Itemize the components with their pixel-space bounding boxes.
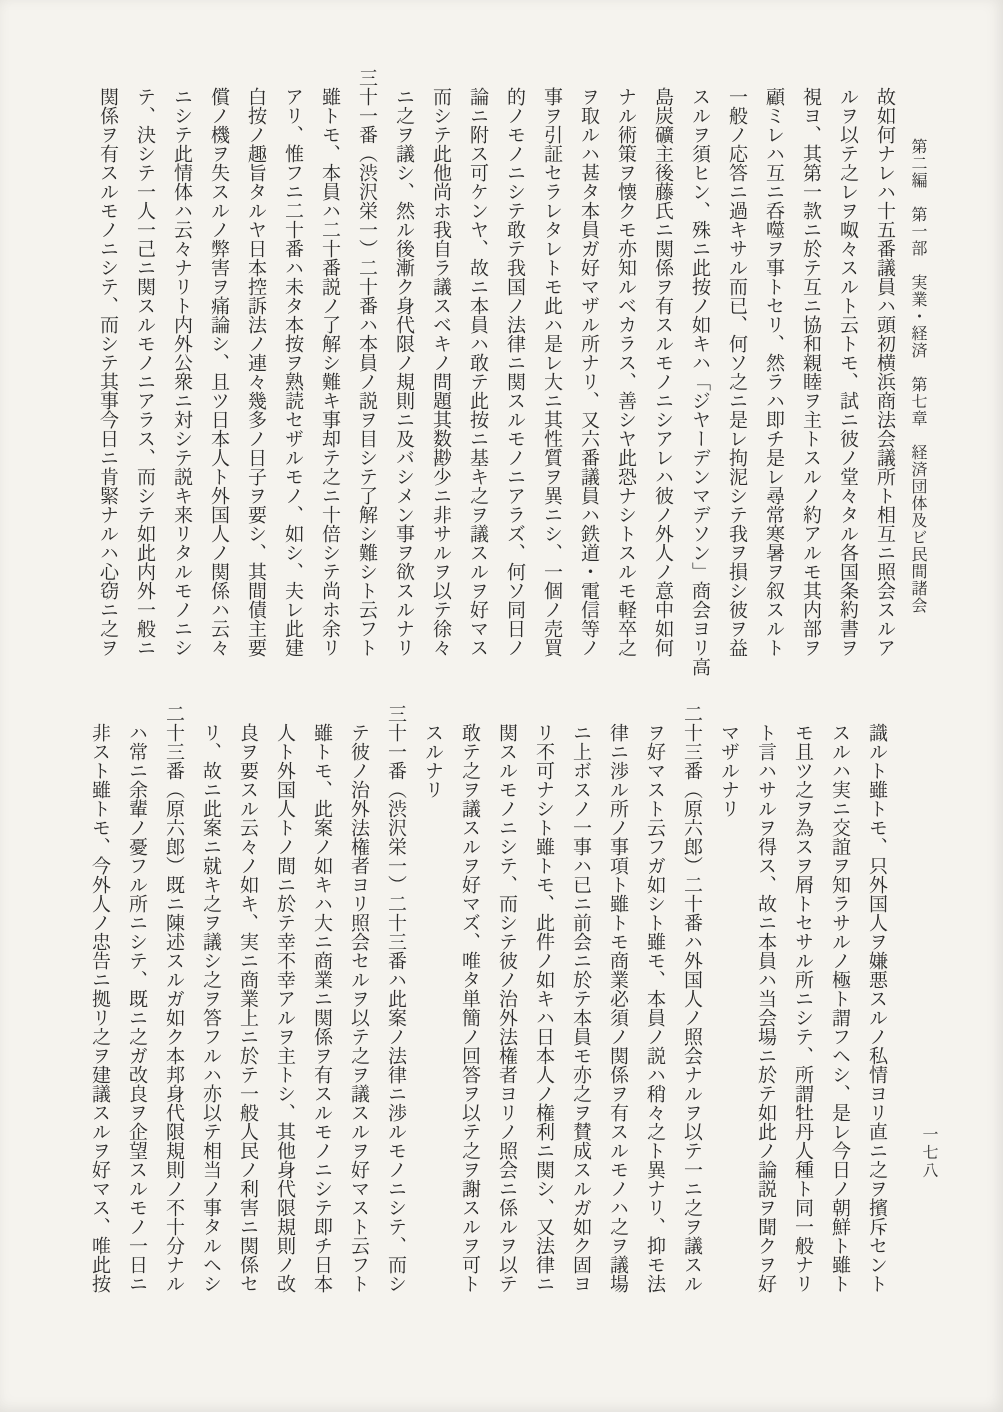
top-text-block: 故如何ナレハ十五番議員ハ頭初横浜商法会議所ト相互ニ照会スルア ルヲ以テ之レヲ呶々… bbox=[89, 68, 903, 692]
text-line: モ且ツ之ヲ為スヲ屑トセサル所ニシテ、所謂牡丹人種ト同一般ナリ bbox=[784, 704, 821, 1328]
text-line: テ彼ノ治外法権者ヨリ照会セルヲ以テ之ヲ議スルヲ好マスト云フト bbox=[340, 704, 377, 1328]
book-page: 第二編 第一部 実業・経済 第七章 経済団体及ビ民間諸会 一七八 故如何ナレハ十… bbox=[0, 0, 1003, 1412]
text-line: 償ノ機ヲ失スルノ弊害ヲ痛論シ、且ツ日本人ト外国人ノ関係ハ云々 bbox=[200, 68, 237, 692]
text-line: ヲ取ルハ甚タ本員ガ好マザル所ナリ、又六番議員ハ鉄道・電信等ノ bbox=[570, 68, 607, 692]
text-line: 島炭礦主後藤氏ニ関係ヲ有スルモノニシアレハ彼ノ外人ノ意中如何 bbox=[644, 68, 681, 692]
text-line: 一般ノ応答ニ過キサル而已、何ソ之ニ是レ拘泥シテ我ヲ損シ彼ヲ益 bbox=[718, 68, 755, 692]
text-line: 論ニ附ス可ケンヤ、故ニ本員ハ敢テ此按ニ基キ之ヲ議スルヲ好マス bbox=[459, 68, 496, 692]
speaker-line: 二十三番（原六郎）二十番ハ外国人ノ照会ナルヲ以テ一ニ之ヲ議スル bbox=[673, 704, 710, 1328]
text-line: 雖トモ、本員ハ二十番説ノ了解シ難キ事却テ之ニ十倍シテ尚ホ余リ bbox=[311, 68, 348, 692]
text-line: 敢テ之ヲ議スルヲ好マズ、唯タ単簡ノ回答ヲ以テ之ヲ謝スルヲ可ト bbox=[451, 704, 488, 1328]
text-line: ト言ハサルヲ得ス、故ニ本員ハ当会場ニ於テ如此ノ論説ヲ聞クヲ好 bbox=[747, 704, 784, 1328]
text-line: ニ上ボスノ一事ハ已ニ前会ニ於テ本員モ亦之ヲ賛成スルガ如ク固ヨ bbox=[562, 704, 599, 1328]
text-line: 而シテ此他尚ホ我自ラ議スベキノ問題其数尠少ニ非サルヲ以テ徐々 bbox=[422, 68, 459, 692]
text-line: 関スルモノニシテ、而シテ彼ノ治外法権者ヨリノ照会ニ係ルヲ以テ bbox=[488, 704, 525, 1328]
text-line: 故如何ナレハ十五番議員ハ頭初横浜商法会議所ト相互ニ照会スルア bbox=[866, 68, 903, 692]
text-line: 的ノモノニシテ敢テ我国ノ法律ニ関スルモノニアラズ、何ソ同日ノ bbox=[496, 68, 533, 692]
text-line: 視ヨ、其第一款ニ於テ互ニ協和親睦ヲ主トスルノ約アルモ其内部ヲ bbox=[792, 68, 829, 692]
text-line: スルハ実ニ交誼ヲ知ラサルノ極ト謂フヘシ、是レ今日ノ朝鮮ト雖ト bbox=[821, 704, 858, 1328]
speaker-line: 三十一番（渋沢栄一）二十三番ハ此案ノ法律ニ渉ルモノニシテ、而シ bbox=[377, 704, 414, 1328]
text-line: 非スト雖トモ、今外人ノ忠告ニ拠リ之ヲ建議スルヲ好マス、唯此按 bbox=[81, 704, 118, 1328]
text-line: スルナリ bbox=[414, 704, 451, 1328]
bottom-text-block: 識ルト雖トモ、只外国人ヲ嫌悪スルノ私情ヨリ直ニ之ヲ擯斥セント スルハ実ニ交誼ヲ知… bbox=[81, 704, 895, 1328]
text-line: リ不可ナシト雖トモ、此件ノ如キハ日本人ノ権利ニ関シ、又法律ニ bbox=[525, 704, 562, 1328]
text-line: テ、決シテ一人一己ニ関スルモノニアラス、而シテ如此内外一般ニ bbox=[126, 68, 163, 692]
text-line: ニシテ此情体ハ云々ナリト内外公衆ニ対シテ説キ来リタルモノニシ bbox=[163, 68, 200, 692]
text-line: ナル術策ヲ懐クモ亦知ルベカラス、善シヤ此恐ナシトスルモ軽卒之 bbox=[607, 68, 644, 692]
text-line: ルヲ以テ之レヲ呶々スルト云トモ、試ニ彼ノ堂々タル各国条約書ヲ bbox=[829, 68, 866, 692]
text-line: 事ヲ引証セラレタレトモ此ハ是レ大ニ其性質ヲ異ニシ、一個ノ売買 bbox=[533, 68, 570, 692]
speaker-line: 三十一番（渋沢栄一）二十番ハ本員ノ説ヲ目シテ了解シ難シト云フト bbox=[348, 68, 385, 692]
text-line: アリ、惟フニ二十番ハ未タ本按ヲ熟読セザルモノ、如シ、夫レ此建 bbox=[274, 68, 311, 692]
text-line: ヲ好マスト云フガ如シト雖モ、本員ノ説ハ稍々之ト異ナリ、抑モ法 bbox=[636, 704, 673, 1328]
text-line: ニ之ヲ議シ、然ル後漸ク身代限ノ規則ニ及バシメン事ヲ欲スルナリ bbox=[385, 68, 422, 692]
text-line: 顧ミレハ互ニ呑噬ヲ事トセリ、然ラハ即チ是レ尋常寒暑ヲ叙スルト bbox=[755, 68, 792, 692]
speaker-line: 二十三番（原六郎）既ニ陳述スルガ如ク本邦身代限規則ノ不十分ナル bbox=[155, 704, 192, 1328]
text-line: 識ルト雖トモ、只外国人ヲ嫌悪スルノ私情ヨリ直ニ之ヲ擯斥セント bbox=[858, 704, 895, 1328]
text-line: リ、故ニ此案ニ就キ之ヲ議シ之ヲ答フルハ亦以テ相当ノ事タルヘシ bbox=[192, 704, 229, 1328]
text-line: 人ト外国人トノ間ニ於テ幸不幸アルヲ主トシ、其他身代限規則ノ改 bbox=[266, 704, 303, 1328]
text-line: マザルナリ bbox=[710, 704, 747, 1328]
running-header: 第二編 第一部 実業・経済 第七章 経済団体及ビ民間諸会 bbox=[906, 138, 929, 614]
page-number: 一七八 bbox=[917, 1126, 940, 1180]
text-line: 良ヲ要スル云々ノ如キ、実ニ商業上ニ於テ一般人民ノ利害ニ関係セ bbox=[229, 704, 266, 1328]
text-line: ハ常ニ余輩ノ憂フル所ニシテ、既ニ之ガ改良ヲ企望スルモノ一日ニ bbox=[118, 704, 155, 1328]
text-line: スルヲ須ヒン、殊ニ此按ノ如キハ「ジヤーデンマデソン」商会ヨリ高 bbox=[681, 68, 718, 692]
text-line: 関係ヲ有スルモノニシテ、而シテ其事今日ニ肯緊ナルハ心窃ニ之ヲ bbox=[89, 68, 126, 692]
text-line: 雖トモ、此案ノ如キハ大ニ商業ニ関係ヲ有スルモノニシテ即チ日本 bbox=[303, 704, 340, 1328]
text-line: 律ニ渉ル所ノ事項ト雖トモ商業必須ノ関係ヲ有スルモノハ之ヲ議場 bbox=[599, 704, 636, 1328]
text-line: 白按ノ趣旨タルヤ日本控訴法ノ連々幾多ノ日子ヲ要シ、其間債主要 bbox=[237, 68, 274, 692]
